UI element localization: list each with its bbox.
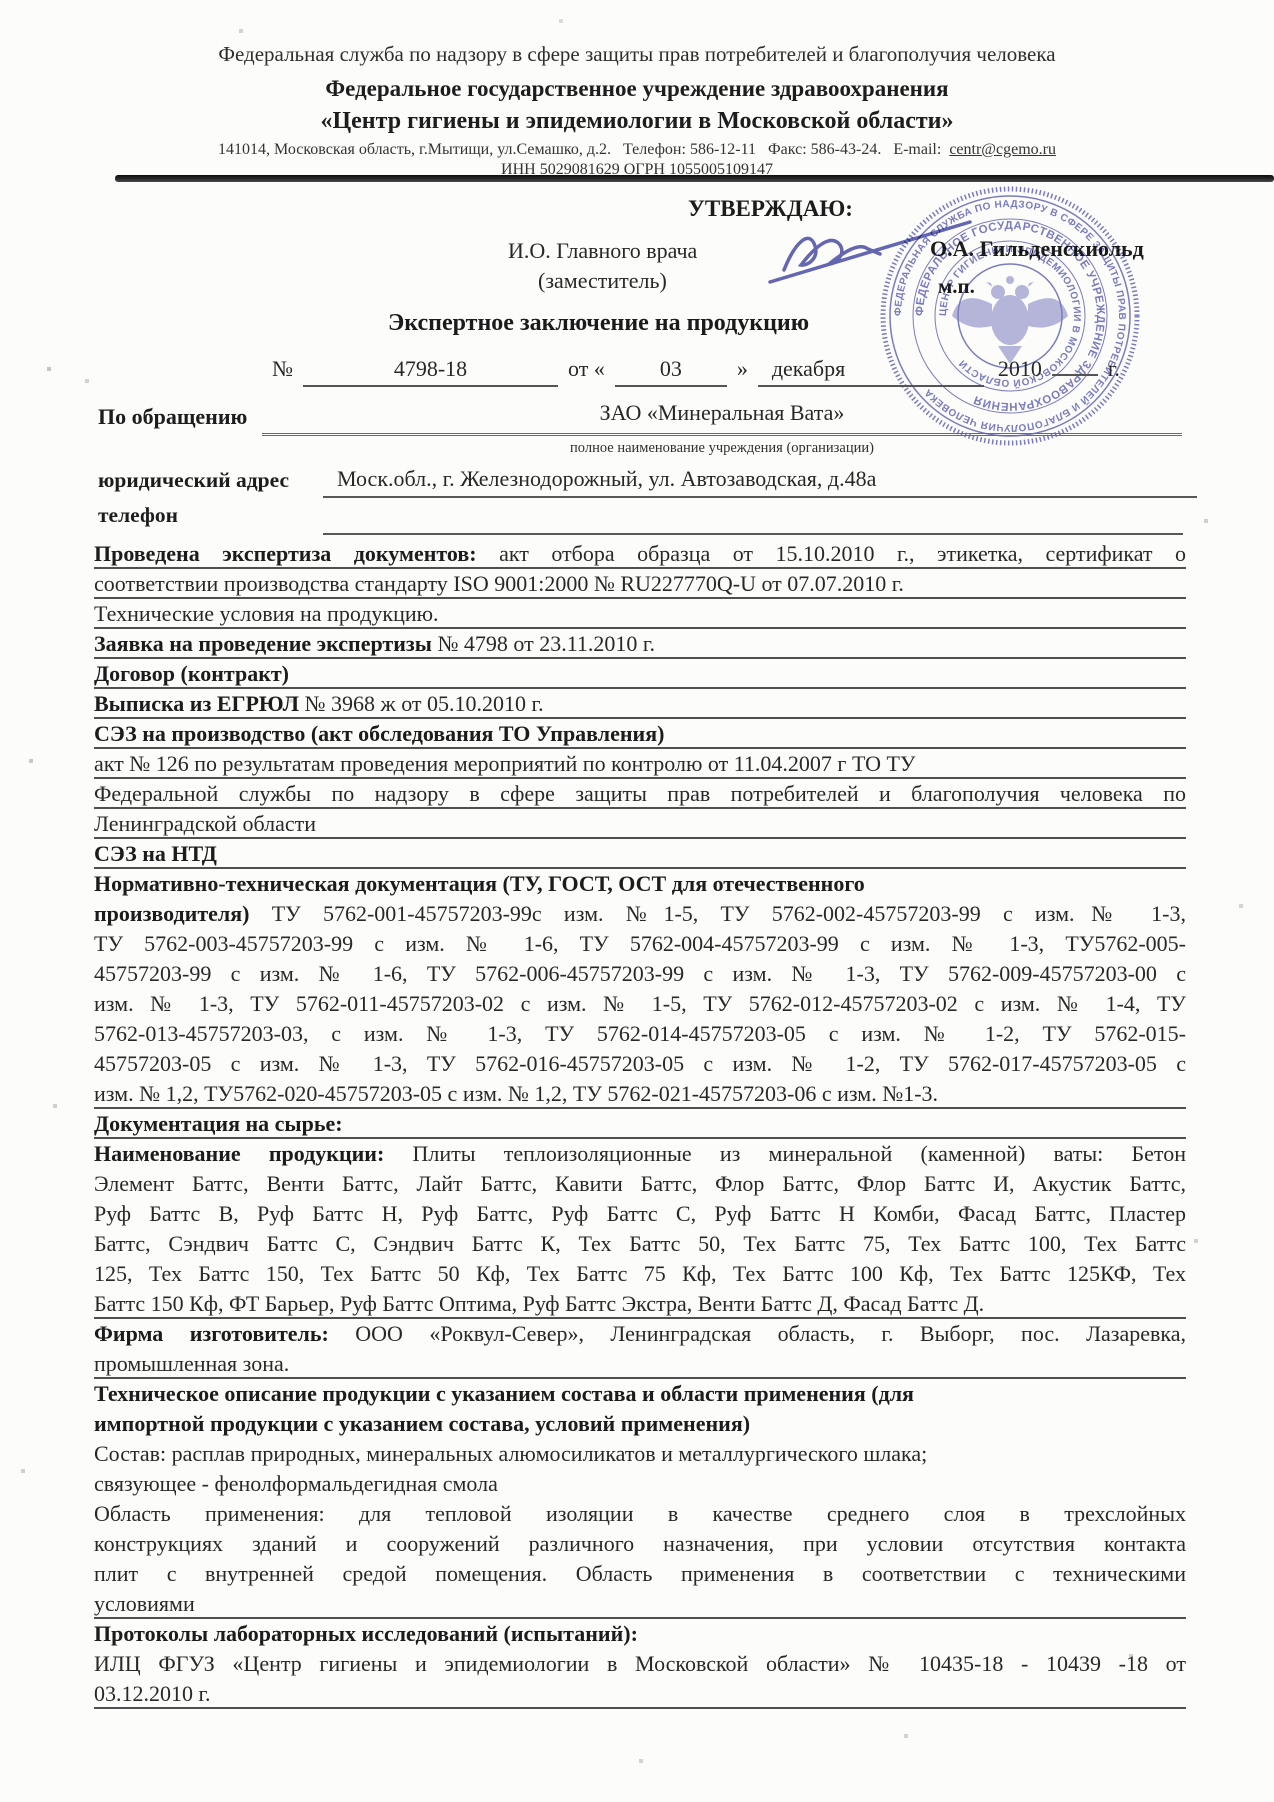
form-row: 45757203-05 с изм. № 1-3, ТУ 5762-016-45…	[94, 1049, 1186, 1079]
form-row: Ленинградской области	[94, 809, 1186, 839]
document-page: Федеральная служба по надзору в сфере за…	[0, 0, 1274, 1802]
field-label: СЭЗ на НТД	[94, 841, 217, 866]
form-row: 45757203-99 с изм. № 1-6, ТУ 5762-006-45…	[94, 959, 1186, 989]
form-row: Федеральной службы по надзору в сфере за…	[94, 779, 1186, 809]
field-text: плит с внутренней средой помещения. Обла…	[94, 1561, 1186, 1586]
form-row: Состав: расплав природных, минеральных а…	[94, 1439, 1186, 1469]
field-label: Нормативно-техническая документация (ТУ,…	[94, 871, 865, 896]
from-label: от «	[568, 356, 605, 382]
field-text: 03.12.2010 г.	[94, 1681, 211, 1706]
form-row: изм. № 1,2, ТУ5762-020-45757203-05 с изм…	[94, 1079, 1186, 1109]
form-row: Выписка из ЕГРЮЛ № 3968 ж от 05.10.2010 …	[94, 689, 1186, 719]
form-row: Заявка на проведение экспертизы № 4798 о…	[94, 629, 1186, 659]
form-row: соответствии производства стандарту ISO …	[94, 569, 1186, 599]
form-row: 125, Тех Баттс 150, Тех Баттс 50 Кф, Тех…	[94, 1259, 1186, 1289]
form-row: импортной продукции с указанием состава,…	[94, 1409, 1186, 1439]
field-label: Заявка на проведение экспертизы	[94, 631, 432, 656]
field-text: ТУ 5762-001-45757203-99с изм. №1-5, ТУ 5…	[249, 901, 1186, 926]
phone-label: телефон	[98, 503, 178, 528]
header-service-name: Федеральная служба по надзору в сфере за…	[0, 42, 1274, 67]
header-institution-name: Федеральное государственное учреждение з…	[0, 76, 1274, 102]
field-text: Плиты теплоизоляционные из минеральной (…	[384, 1141, 1186, 1166]
form-row: Техническое описание продукции с указани…	[94, 1379, 1186, 1409]
form-row: связующее - фенолформальдегидная смола	[94, 1469, 1186, 1499]
field-text: ООО «Роквул-Север», Ленинградская област…	[329, 1321, 1186, 1346]
field-text: акт отбора образца от 15.10.2010 г., эти…	[477, 541, 1186, 566]
field-text: Федеральной службы по надзору в сфере за…	[94, 781, 1186, 806]
form-row: Элемент Баттс, Венти Баттс, Лайт Баттс, …	[94, 1169, 1186, 1199]
field-text: конструкциях зданий и сооружений различн…	[94, 1531, 1186, 1556]
appeal-organization-value: ЗАО «Минеральная Вата»	[262, 400, 1182, 436]
field-text: условиями	[94, 1591, 195, 1616]
field-text: Баттс, Сэндвич Баттс С, Сэндвич Баттс К,…	[94, 1231, 1186, 1256]
form-row: Протоколы лабораторных исследований (исп…	[94, 1619, 1186, 1649]
form-row: плит с внутренней средой помещения. Обла…	[94, 1559, 1186, 1589]
document-title: Экспертное заключение на продукцию	[388, 310, 809, 337]
field-text: Элемент Баттс, Венти Баттс, Лайт Баттс, …	[94, 1171, 1186, 1196]
document-number: 4798-18	[303, 356, 558, 387]
field-label: Протоколы лабораторных исследований (исп…	[94, 1621, 638, 1646]
field-label: Наименование продукции:	[94, 1141, 384, 1166]
document-year: 2010	[998, 356, 1042, 382]
field-text: изм. № 1,2, ТУ5762-020-45757203-05 с изм…	[94, 1081, 938, 1106]
form-row: ИЛЦ ФГУЗ «Центр гигиены и эпидемиологии …	[94, 1649, 1186, 1679]
form-row: СЭЗ на производство (акт обследования ТО…	[94, 719, 1186, 749]
field-text: 45757203-99 с изм. № 1-6, ТУ 5762-006-45…	[94, 961, 1186, 986]
year-underline-gap	[1052, 350, 1098, 376]
form-row: Баттс 150 Кф, ФТ Барьер, Руф Баттс Оптим…	[94, 1289, 1186, 1319]
header-phone: Телефон: 586-12-11	[623, 141, 756, 158]
field-label: Договор (контракт)	[94, 661, 289, 686]
field-label: Проведена экспертиза документов:	[94, 541, 477, 566]
field-text: № 3968 ж от 05.10.2010 г.	[299, 691, 544, 716]
field-label: Техническое описание продукции с указани…	[94, 1381, 914, 1406]
field-text: связующее - фенолформальдегидная смола	[94, 1471, 498, 1496]
form-rows-container: Проведена экспертиза документов: акт отб…	[94, 539, 1186, 1709]
header-center-name: «Центр гигиены и эпидемиологии в Московс…	[0, 108, 1274, 135]
field-text: Область применения: для тепловой изоляци…	[94, 1501, 1186, 1526]
form-row: Наименование продукции: Плиты теплоизоля…	[94, 1139, 1186, 1169]
form-row: промышленная зона.	[94, 1349, 1186, 1379]
legal-address-label: юридический адрес	[98, 468, 289, 493]
form-row: условиями	[94, 1589, 1186, 1619]
phone-value-line	[323, 503, 1183, 535]
form-row: ТУ 5762-003-45757203-99 с изм. № 1-6, ТУ…	[94, 929, 1186, 959]
approver-position: И.О. Главного врача	[508, 238, 697, 264]
field-text: 125, Тех Баттс 150, Тех Баттс 50 Кф, Тех…	[94, 1261, 1186, 1286]
form-row: Баттс, Сэндвич Баттс С, Сэндвич Баттс К,…	[94, 1229, 1186, 1259]
document-month: декабря	[758, 356, 984, 387]
appeal-label: По обращению	[98, 404, 247, 430]
form-row: Договор (контракт)	[94, 659, 1186, 689]
form-row: акт № 126 по результатам проведения меро…	[94, 749, 1186, 779]
header-email-link[interactable]: centr@cgemo.ru	[949, 141, 1056, 158]
header-address: 141014, Московская область, г.Мытищи, ул…	[218, 141, 611, 158]
form-row: производителя) ТУ 5762-001-45757203-99с …	[94, 899, 1186, 929]
field-text: Руф Баттс В, Руф Баттс Н, Руф Баттс, Руф…	[94, 1201, 1186, 1226]
form-row: Фирма изготовитель: ООО «Роквул-Север», …	[94, 1319, 1186, 1349]
field-text: изм. № 1-3, ТУ 5762-011-45757203-02 с из…	[94, 991, 1186, 1016]
approver-deputy-note: (заместитель)	[538, 268, 667, 294]
field-text: соответствии производства стандарту ISO …	[94, 571, 904, 596]
field-label: СЭЗ на производство (акт обследования ТО…	[94, 721, 664, 746]
header-contact-line: 141014, Московская область, г.Мытищи, ул…	[0, 141, 1274, 159]
number-sign: №	[272, 356, 293, 382]
form-row: Технические условия на продукцию.	[94, 599, 1186, 629]
field-text: ТУ 5762-003-45757203-99 с изм. № 1-6, ТУ…	[94, 931, 1186, 956]
field-text: Технические условия на продукцию.	[94, 601, 439, 626]
form-row: Проведена экспертиза документов: акт отб…	[94, 539, 1186, 569]
form-row: 03.12.2010 г.	[94, 1679, 1186, 1709]
header-fax: Факс: 586-43-24.	[768, 141, 881, 158]
form-row: Нормативно-техническая документация (ТУ,…	[94, 869, 1186, 899]
form-row: Руф Баттс В, Руф Баттс Н, Руф Баттс, Руф…	[94, 1199, 1186, 1229]
form-row: СЭЗ на НТД	[94, 839, 1186, 869]
form-row: 5762-013-45757203-03, с изм. № 1-3, ТУ 5…	[94, 1019, 1186, 1049]
field-label: Фирма изготовитель:	[94, 1321, 329, 1346]
document-day: 03	[615, 356, 727, 387]
legal-address-value: Моск.обл., г. Железнодорожный, ул. Автоз…	[323, 466, 1197, 498]
field-text: промышленная зона.	[94, 1351, 289, 1376]
field-label: Выписка из ЕГРЮЛ	[94, 691, 299, 716]
number-line: № 4798-18 от « 03 » декабря 2010 г.	[272, 350, 1120, 387]
form-row: Область применения: для тепловой изоляци…	[94, 1499, 1186, 1529]
header-email-label: E-mail:	[893, 141, 941, 158]
field-label: производителя)	[94, 901, 249, 926]
form-row: изм. № 1-3, ТУ 5762-011-45757203-02 с из…	[94, 989, 1186, 1019]
year-suffix: г.	[1108, 356, 1120, 382]
scan-noise	[0, 0, 2, 2]
field-text: 45757203-05 с изм. № 1-3, ТУ 5762-016-45…	[94, 1051, 1186, 1076]
field-text: ИЛЦ ФГУЗ «Центр гигиены и эпидемиологии …	[94, 1651, 1186, 1676]
field-text: № 4798 от 23.11.2010 г.	[432, 631, 655, 656]
field-text: акт № 126 по результатам проведения меро…	[94, 751, 916, 776]
field-label: импортной продукции с указанием состава,…	[94, 1411, 750, 1436]
field-text: 5762-013-45757203-03, с изм. № 1-3, ТУ 5…	[94, 1021, 1186, 1046]
form-row: Документация на сырье:	[94, 1109, 1186, 1139]
field-text: Состав: расплав природных, минеральных а…	[94, 1441, 927, 1466]
appeal-caption: полное наименование учреждения (организа…	[262, 440, 1182, 457]
field-label: Документация на сырье:	[94, 1111, 343, 1136]
field-text: Ленинградской области	[94, 811, 316, 836]
close-quote: »	[737, 356, 748, 382]
form-row: конструкциях зданий и сооружений различн…	[94, 1529, 1186, 1559]
field-text: Баттс 150 Кф, ФТ Барьер, Руф Баттс Оптим…	[94, 1291, 984, 1316]
